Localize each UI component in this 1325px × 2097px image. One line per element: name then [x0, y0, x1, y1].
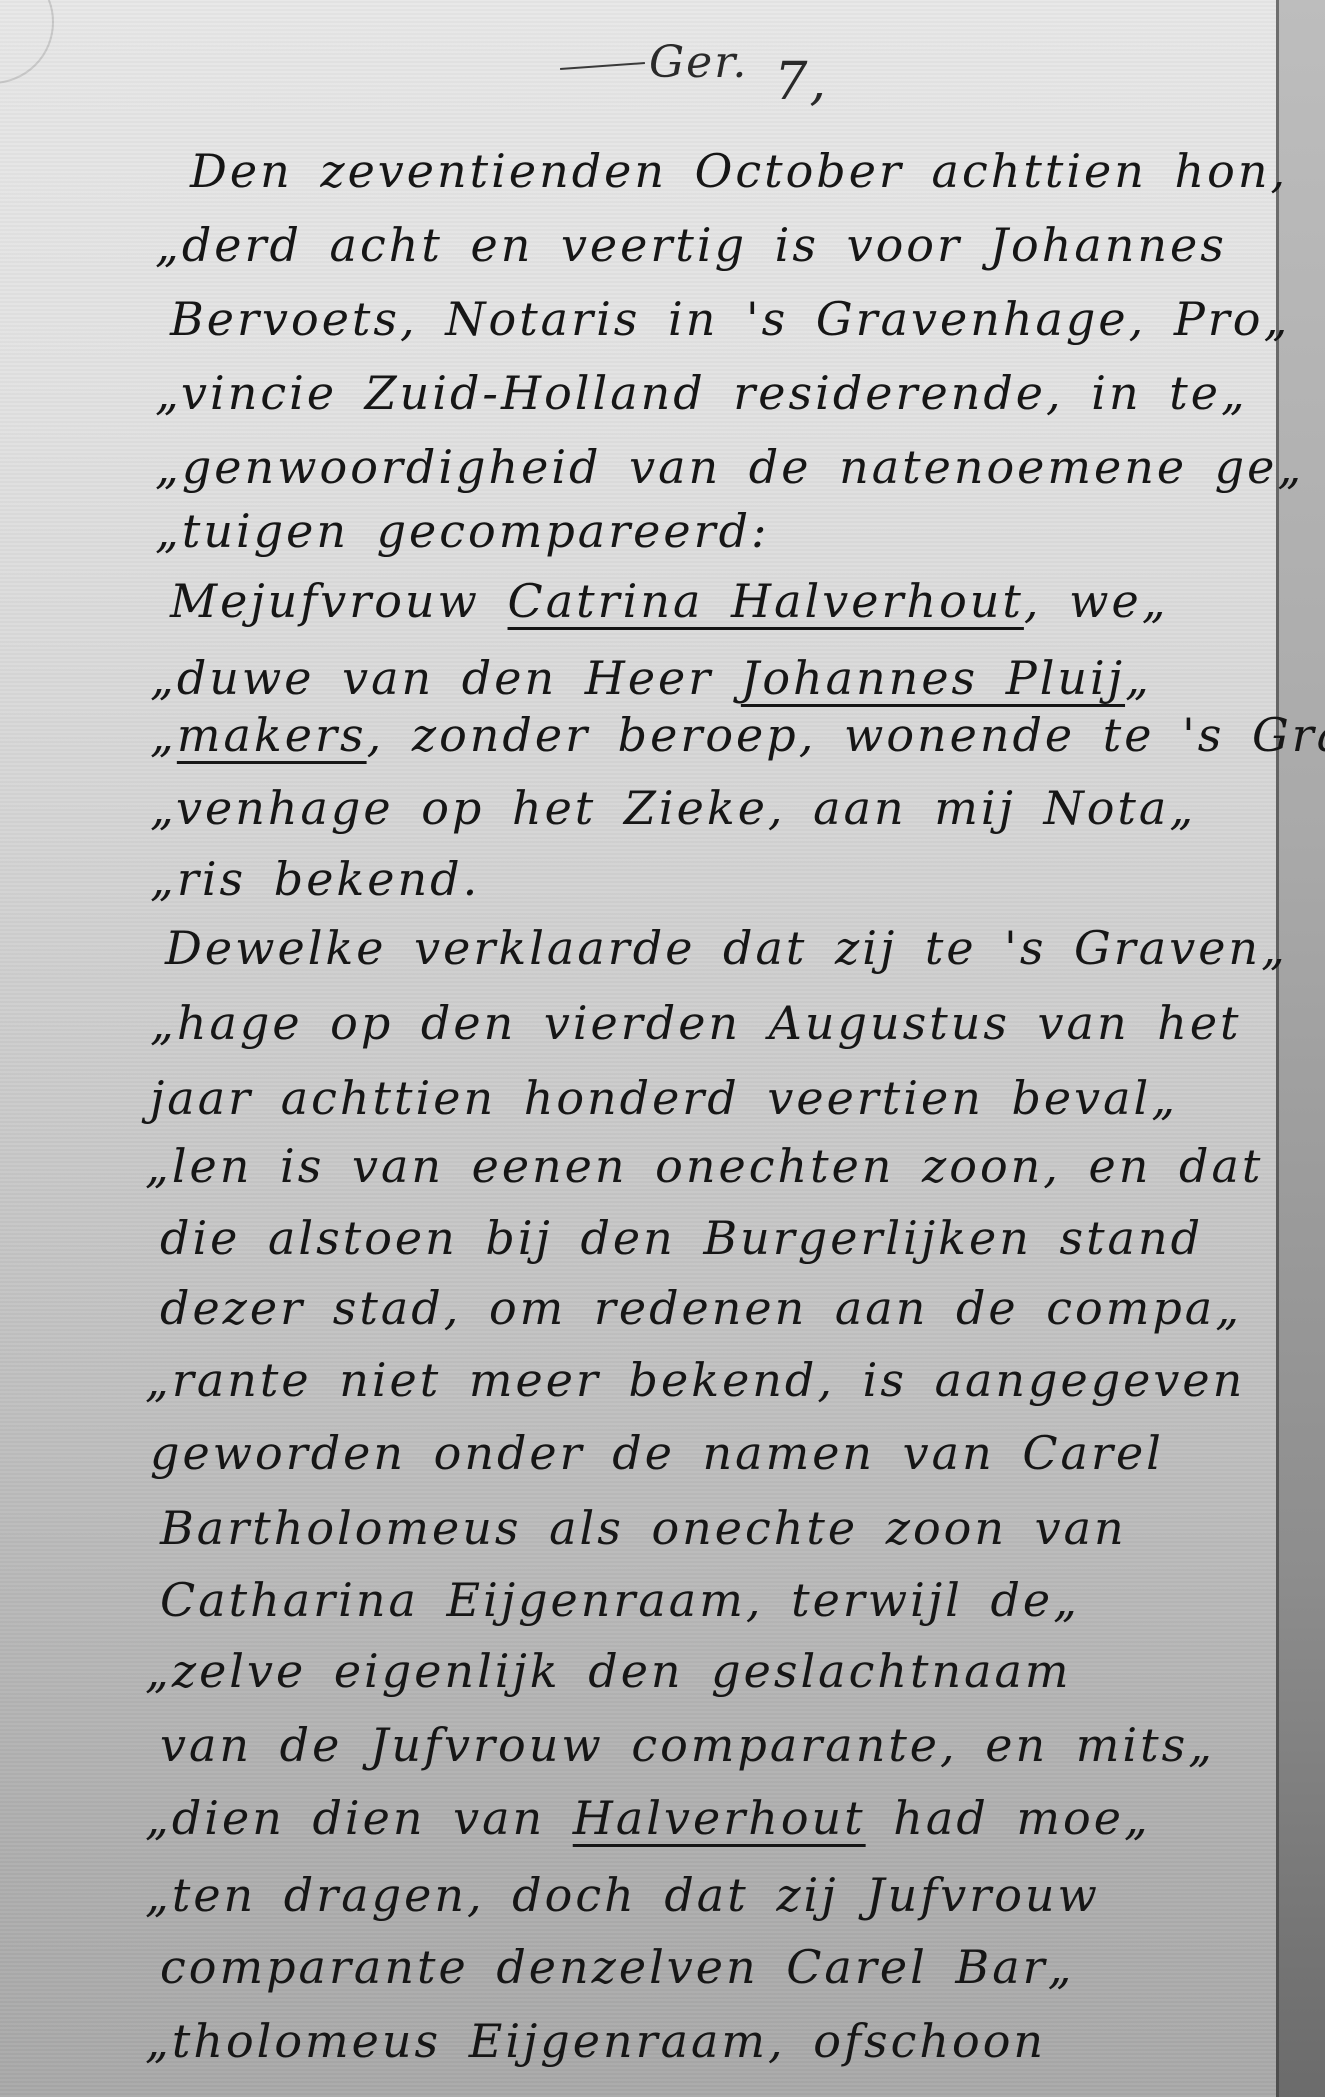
text-line: „duwe van den Heer Johannes Pluij„	[150, 655, 1152, 701]
text-segment: Mejufvrouw	[170, 574, 508, 628]
text-line: „tuigen gecompareerd:	[155, 508, 770, 554]
text-line: „len is van eenen onechten zoon, en dat	[145, 1143, 1263, 1189]
text-line: Catharina Eijgenraam, terwijl de„	[160, 1577, 1080, 1623]
text-segment: , we„	[1024, 574, 1169, 628]
text-line: dezer stad, om redenen aan de compa„	[160, 1285, 1242, 1331]
text-line: „makers, zonder beroep, wonende te 's Gr…	[150, 712, 1325, 758]
text-line: „rante niet meer bekend, is aangegeven	[145, 1357, 1245, 1403]
text-segment: „dien dien van	[145, 1791, 573, 1845]
text-segment: „duwe van den Heer	[150, 651, 741, 705]
text-line: Dewelke verklaarde dat zij te 's Graven„	[165, 925, 1288, 971]
text-segment: had moe„	[866, 1791, 1151, 1845]
text-line: jaar achttien honderd veertien beval„	[150, 1075, 1178, 1121]
text-line: Den zeventienden October achttien hon,	[190, 148, 1288, 194]
text-line: Bartholomeus als onechte zoon van	[160, 1505, 1127, 1551]
text-segment: „	[1125, 651, 1152, 705]
text-segment: „	[150, 708, 177, 762]
text-line: „zelve eigenlijk den geslachtnaam	[145, 1648, 1072, 1694]
text-line: „derd acht en veertig is voor Johannes	[155, 222, 1227, 268]
text-line: die alstoen bij den Burgerlijken stand	[160, 1215, 1203, 1261]
folio-number: 7,	[774, 52, 828, 112]
underlined-name: Johannes Pluij	[741, 651, 1125, 705]
text-line: comparante denzelven Carel Bar„	[160, 1944, 1074, 1990]
text-segment: , zonder beroep, wonende te 's Gra„	[367, 708, 1325, 762]
text-line: geworden onder de namen van Carel	[150, 1430, 1164, 1476]
underlined-name: Halverhout	[573, 1791, 866, 1845]
text-line: van de Jufvrouw comparante, en mits„	[160, 1722, 1215, 1768]
text-line: „venhage op het Zieke, aan mij Nota„	[150, 785, 1196, 831]
underlined-name: Catrina Halverhout	[508, 574, 1024, 628]
text-line: „tholomeus Eijgenraam, ofschoon	[145, 2018, 1046, 2064]
document-scan: Ger.7, Den zeventienden October achttien…	[0, 0, 1325, 2097]
underlined-name: makers	[177, 708, 367, 762]
text-line: „ris bekend.	[150, 856, 480, 902]
text-line: Bervoets, Notaris in 's Gravenhage, Pro„	[170, 296, 1290, 342]
header-prefix: Ger.	[649, 37, 748, 88]
text-line: „ten dragen, doch dat zij Jufvrouw	[145, 1872, 1100, 1918]
text-line: „genwoordigheid van de natenoemene ge„	[155, 444, 1304, 490]
flourish-line	[560, 62, 645, 70]
text-line: „hage op den vierden Augustus van het	[150, 1000, 1242, 1046]
text-line: „vincie Zuid-Holland residerende, in te„	[155, 370, 1248, 416]
text-line: „dien dien van Halverhout had moe„	[145, 1795, 1151, 1841]
text-line: Mejufvrouw Catrina Halverhout, we„	[170, 578, 1169, 624]
folio-header: Ger.7,	[560, 30, 828, 90]
